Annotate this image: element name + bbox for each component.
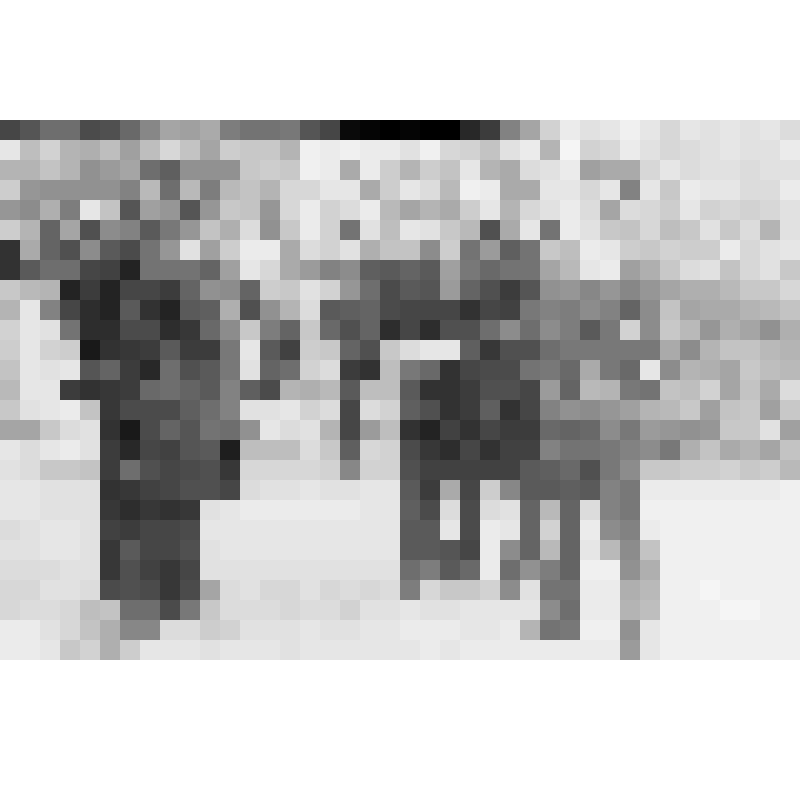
pixelated-photo [0, 120, 800, 660]
